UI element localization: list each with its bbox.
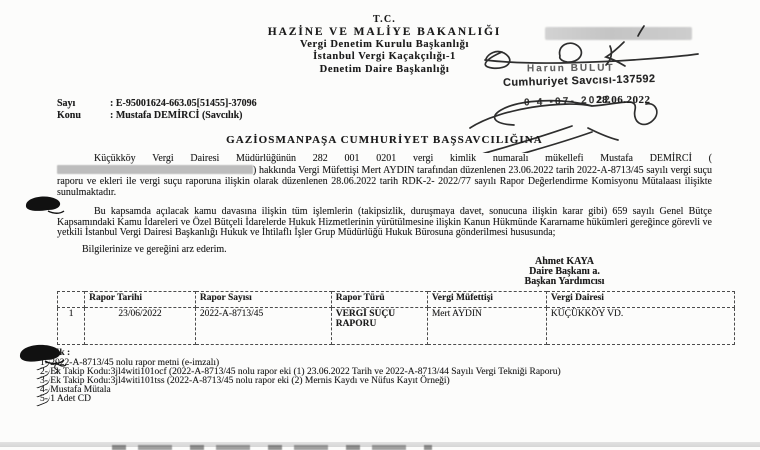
sayi-label: Sayı — [57, 98, 110, 110]
attachments-list: 1- 2022-A-8713/45 nolu rapor metni (e-im… — [40, 359, 712, 405]
redaction-bar — [57, 165, 253, 174]
header-vergi-dairesi: Vergi Dairesi — [546, 292, 734, 308]
stray-pen-mark — [50, 360, 64, 374]
handwritten-date: 28.06.2022 — [596, 94, 651, 106]
sayi-value: : E-95001624-663.05[51455]-37096 — [110, 98, 257, 110]
cell-rapor-tarihi: 23/06/2022 — [85, 308, 196, 345]
ink-blob-mark — [18, 192, 70, 218]
attachment-number: 5- — [40, 395, 48, 404]
konu-label: Konu — [57, 110, 110, 122]
closing-line: Bilgilerinize ve gereğini arz ederim. — [57, 244, 712, 255]
header-rapor-turu: Rapor Türü — [331, 292, 427, 308]
cell-rapor-turu: VERGİ SUÇU RAPORU — [331, 308, 427, 345]
paragraph-1: Küçükköy Vergi Dairesi Müdürlüğünün 282 … — [57, 154, 712, 199]
table-row: 1 23/06/2022 2022-A-8713/45 VERGİ SUÇU R… — [58, 308, 735, 345]
signer-block: Ahmet KAYA Daire Başkanı a. Başkan Yardı… — [457, 257, 672, 287]
cell-vergi-mufettisi: Mert AYDIN — [427, 308, 546, 345]
konu-value: : Mustafa DEMİRCİ (Savcılık) — [110, 110, 243, 122]
list-item: 5- 1 Adet CD — [40, 395, 712, 404]
header-index — [58, 292, 85, 308]
cell-rapor-sayisi: 2022-A-8713/45 — [195, 308, 331, 345]
paragraph-2: Bu kapsamda açılacak kamu davasına ilişk… — [57, 207, 712, 240]
cut-off-line-fragments — [112, 445, 432, 450]
header-rapor-tarihi: Rapor Tarihi — [85, 292, 196, 308]
header-rapor-sayisi: Rapor Sayısı — [195, 292, 331, 308]
signer-title-2: Başkan Yardımcısı — [457, 277, 672, 287]
table-header-row: Rapor Tarihi Rapor Sayısı Rapor Türü Ver… — [58, 292, 735, 308]
list-item: 4- Mustafa Mütala — [40, 386, 712, 395]
attachment-text: 1 Adet CD — [50, 394, 91, 404]
paragraph-1-before-redaction: Küçükköy Vergi Dairesi Müdürlüğünün 282 … — [94, 153, 712, 164]
report-table: Rapor Tarihi Rapor Sayısı Rapor Türü Ver… — [57, 291, 735, 345]
prosecutor-name-stamp: Harun BULUT — [527, 63, 615, 75]
list-item: 3- Ek Takip Kodu:3jl4witi101tss (2022-A-… — [40, 377, 712, 386]
cell-vergi-dairesi: KÜÇÜKKÖY VD. — [546, 308, 734, 345]
header-vergi-mufettisi: Vergi Müfettişi — [427, 292, 546, 308]
attachments-section: Ek : 1- 2022-A-8713/45 nolu rapor metni … — [40, 349, 712, 404]
document-page: T.C. HAZİNE VE MALİYE BAKANLIĞI Vergi De… — [0, 0, 760, 450]
